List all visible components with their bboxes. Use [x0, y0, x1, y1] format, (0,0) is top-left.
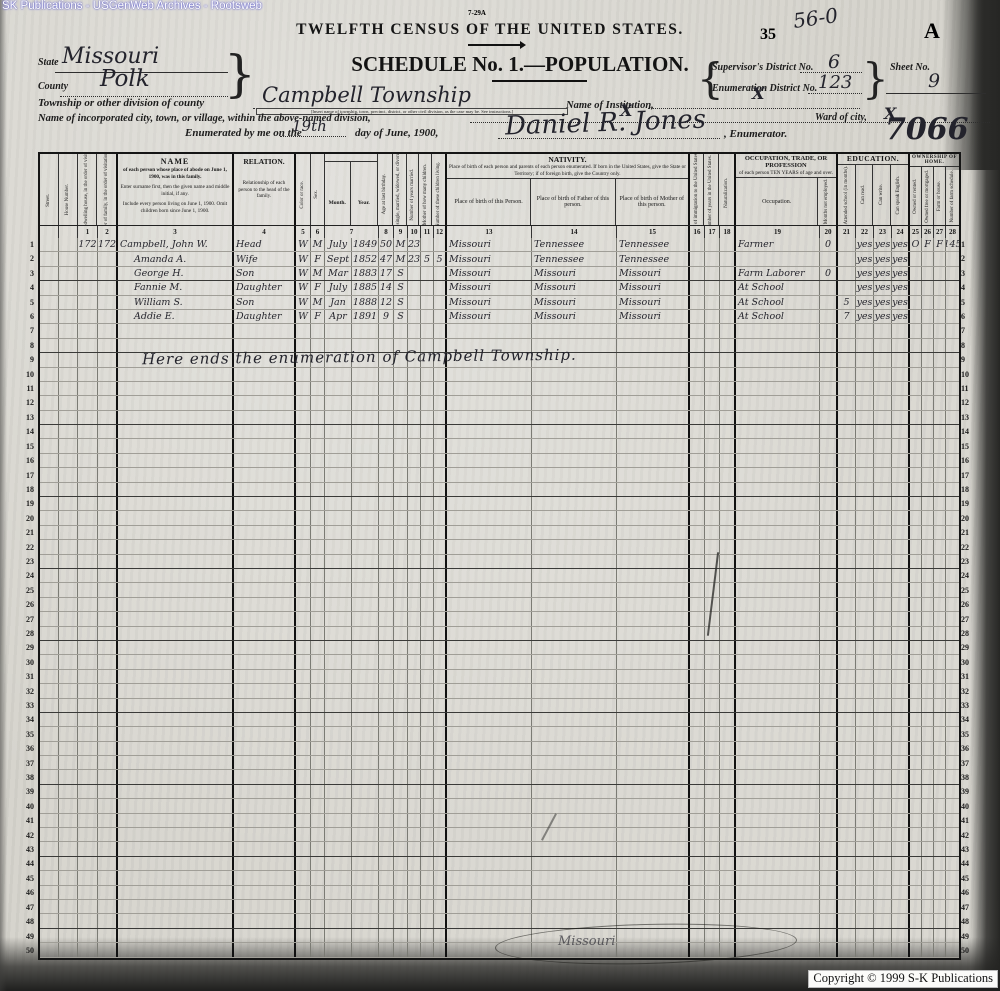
cell-marital — [394, 727, 408, 740]
cell-mother — [421, 799, 434, 812]
cell-family — [98, 699, 118, 712]
cell-write — [874, 425, 892, 438]
cell-read — [856, 929, 874, 942]
cell-name — [118, 799, 234, 812]
cell-owned — [910, 742, 922, 755]
cell-years_us — [705, 828, 720, 841]
cell-birth_father — [532, 497, 617, 510]
cell-birth_mother: Missouri — [617, 310, 690, 323]
cell-marital — [394, 828, 408, 841]
cell-birth_person: Missouri — [447, 296, 532, 309]
cell-mother — [421, 641, 434, 654]
cell-free — [922, 814, 934, 827]
row-number: 37 — [16, 757, 34, 771]
cell-occupation — [736, 785, 820, 798]
cell-age — [379, 756, 394, 769]
cell-mother — [421, 396, 434, 409]
cell-free — [922, 281, 934, 294]
cell-sex — [311, 857, 325, 870]
cell-birth_person — [447, 627, 532, 640]
row-number: 30 — [16, 656, 34, 670]
cell-house — [59, 842, 78, 855]
cell-yrs_married — [408, 814, 421, 827]
cell-year — [352, 511, 379, 524]
page-title: TWELFTH CENSUS OF THE UNITED STATES. — [210, 21, 770, 39]
cell-write: yes — [874, 310, 892, 323]
cell-mother — [421, 267, 434, 280]
cell-write: yes — [874, 267, 892, 280]
cell-relation — [234, 598, 296, 611]
table-row — [40, 612, 959, 626]
cell-relation — [234, 785, 296, 798]
cell-read — [856, 785, 874, 798]
cell-marital — [394, 842, 408, 855]
cell-mother — [421, 900, 434, 913]
cell-years_us — [705, 267, 720, 280]
cell-living — [434, 943, 447, 956]
cell-free — [922, 324, 934, 337]
cell-birth_person — [447, 569, 532, 582]
cell-immigration — [690, 598, 705, 611]
cell-owned — [910, 914, 922, 927]
cell-occupation — [736, 828, 820, 841]
table-row — [40, 396, 959, 410]
cell-farm — [934, 483, 946, 496]
cell-sched — [946, 670, 959, 683]
cell-english — [892, 699, 910, 712]
cell-yrs_married — [408, 583, 421, 596]
cell-attended — [838, 439, 856, 452]
row-number: 27 — [16, 613, 34, 627]
cell-street — [40, 756, 59, 769]
cell-years_us — [705, 655, 720, 668]
cell-sex — [311, 943, 325, 956]
cell-free — [922, 439, 934, 452]
row-number: 48 — [16, 915, 34, 929]
cell-write — [874, 900, 892, 913]
cell-living — [434, 929, 447, 942]
cell-year — [352, 583, 379, 596]
bottom-faint-note: Missouri — [558, 934, 615, 949]
schedule-underline — [492, 80, 587, 82]
cell-read — [856, 526, 874, 539]
cell-attended — [838, 368, 856, 381]
township-label: Township or other division of county — [38, 97, 204, 109]
cell-living — [434, 382, 447, 395]
cell-relation: Daughter — [234, 310, 296, 323]
cell-yrs_married — [408, 425, 421, 438]
cell-year — [352, 886, 379, 899]
cell-yrs_married — [408, 454, 421, 467]
cell-street — [40, 684, 59, 697]
cell-street — [40, 252, 59, 265]
cell-relation — [234, 641, 296, 654]
cell-name — [118, 396, 234, 409]
cell-birth_mother — [617, 396, 690, 409]
cell-occupation — [736, 368, 820, 381]
cell-year — [352, 828, 379, 841]
cell-month — [325, 483, 352, 496]
cell-attended — [838, 670, 856, 683]
cell-years_us — [705, 310, 720, 323]
cell-family — [98, 368, 118, 381]
cell-marital: M — [394, 252, 408, 265]
cell-owned — [910, 540, 922, 553]
cell-year: 1891 — [352, 310, 379, 323]
cell-english — [892, 914, 910, 927]
cell-occupation: At School — [736, 310, 820, 323]
cell-sched — [946, 252, 959, 265]
enumerator-signature: Daniel R. Jones — [505, 105, 707, 142]
cell-free — [922, 842, 934, 855]
cell-age — [379, 929, 394, 942]
cell-owned — [910, 799, 922, 812]
cell-marital — [394, 396, 408, 409]
township-value: Campbell Township — [262, 83, 471, 107]
county-label: County — [38, 81, 68, 92]
cell-free — [922, 454, 934, 467]
cell-farm — [934, 641, 946, 654]
cell-age — [379, 411, 394, 424]
cell-house — [59, 468, 78, 481]
cell-free — [922, 900, 934, 913]
cell-english — [892, 871, 910, 884]
cell-color — [296, 425, 311, 438]
cell-marital — [394, 929, 408, 942]
cell-birth_mother — [617, 368, 690, 381]
cell-english — [892, 555, 910, 568]
cell-read — [856, 943, 874, 956]
cell-house — [59, 454, 78, 467]
cell-year — [352, 382, 379, 395]
cell-birth_father — [532, 871, 617, 884]
cell-naturalization — [720, 339, 736, 352]
cell-free — [922, 296, 934, 309]
enumerator-line — [498, 137, 720, 139]
cell-dwelling — [78, 929, 98, 942]
cell-sched — [946, 555, 959, 568]
cell-immigration — [690, 353, 705, 366]
enumerated-date-label: day of June, 1900, — [355, 127, 438, 139]
cell-living — [434, 828, 447, 841]
cell-living — [434, 684, 447, 697]
cell-english — [892, 583, 910, 596]
cell-english — [892, 368, 910, 381]
cell-immigration — [690, 483, 705, 496]
cell-yrs_married — [408, 828, 421, 841]
cell-birth_person — [447, 368, 532, 381]
cell-house — [59, 511, 78, 524]
cell-birth_person — [447, 655, 532, 668]
cell-year — [352, 497, 379, 510]
cell-color — [296, 497, 311, 510]
cell-birth_mother — [617, 353, 690, 366]
cell-attended — [838, 540, 856, 553]
row-number: 17 — [16, 469, 34, 483]
cell-sched — [946, 324, 959, 337]
cell-yrs_married — [408, 799, 421, 812]
cell-birth_father — [532, 454, 617, 467]
cell-year — [352, 612, 379, 625]
cell-name: Fannie M. — [118, 281, 234, 294]
cell-sex — [311, 598, 325, 611]
cell-living — [434, 569, 447, 582]
cell-mother — [421, 526, 434, 539]
cell-yrs_married — [408, 526, 421, 539]
cell-occupation: At School — [736, 296, 820, 309]
cell-sex — [311, 540, 325, 553]
cell-immigration — [690, 324, 705, 337]
table-row — [40, 555, 959, 569]
cell-color — [296, 727, 311, 740]
cell-read — [856, 396, 874, 409]
cell-relation — [234, 425, 296, 438]
row-number: 2 — [16, 252, 34, 266]
cell-birth_father — [532, 483, 617, 496]
cell-naturalization — [720, 382, 736, 395]
cell-age — [379, 799, 394, 812]
cell-sched — [946, 454, 959, 467]
cell-house — [59, 569, 78, 582]
cell-family — [98, 454, 118, 467]
cell-birth_father — [532, 555, 617, 568]
cell-age — [379, 454, 394, 467]
years-married-col-header: Number of years married. — [407, 154, 420, 225]
cell-living — [434, 742, 447, 755]
cell-read — [856, 324, 874, 337]
cell-yrs_married: 23 — [408, 252, 421, 265]
cell-relation — [234, 900, 296, 913]
cell-house — [59, 368, 78, 381]
row-number: 25 — [961, 584, 979, 598]
cell-street — [40, 742, 59, 755]
cell-year — [352, 555, 379, 568]
cell-naturalization — [720, 900, 736, 913]
cell-age — [379, 439, 394, 452]
cell-relation — [234, 511, 296, 524]
cell-year: 1849 — [352, 238, 379, 251]
cell-free — [922, 497, 934, 510]
cell-marital — [394, 900, 408, 913]
cell-birth_father — [532, 583, 617, 596]
cell-years_us — [705, 814, 720, 827]
cell-relation — [234, 871, 296, 884]
cell-sex — [311, 555, 325, 568]
cell-immigration — [690, 699, 705, 712]
cell-month — [325, 886, 352, 899]
cell-month — [325, 468, 352, 481]
cell-farm — [934, 368, 946, 381]
cell-english: yes — [892, 238, 910, 251]
cell-street — [40, 339, 59, 352]
cell-write — [874, 814, 892, 827]
cell-birth_father — [532, 842, 617, 855]
cell-farm — [934, 267, 946, 280]
cell-birth_father — [532, 411, 617, 424]
cell-owned — [910, 699, 922, 712]
cell-year — [352, 943, 379, 956]
cell-naturalization — [720, 368, 736, 381]
cell-owned — [910, 555, 922, 568]
cell-naturalization — [720, 598, 736, 611]
cell-occupation — [736, 770, 820, 783]
cell-english — [892, 468, 910, 481]
cell-month — [325, 497, 352, 510]
cell-occupation — [736, 468, 820, 481]
cell-immigration — [690, 684, 705, 697]
cell-dwelling — [78, 612, 98, 625]
cell-color — [296, 785, 311, 798]
row-number: 40 — [961, 800, 979, 814]
cell-write: yes — [874, 281, 892, 294]
cell-color — [296, 483, 311, 496]
row-number: 8 — [16, 339, 34, 353]
cell-marital — [394, 439, 408, 452]
cell-street — [40, 468, 59, 481]
cell-farm — [934, 627, 946, 640]
cell-attended — [838, 699, 856, 712]
cell-color: W — [296, 252, 311, 265]
cell-naturalization — [720, 252, 736, 265]
cell-birth_mother — [617, 382, 690, 395]
cell-street — [40, 699, 59, 712]
right-row-numbers: 1234567891011121314151617181920212223242… — [961, 238, 979, 958]
cell-house — [59, 641, 78, 654]
name-col-header: NAME of each person whose place of abode… — [118, 154, 234, 225]
cell-immigration — [690, 526, 705, 539]
cell-years_us — [705, 368, 720, 381]
cell-write — [874, 555, 892, 568]
years-us-col-header: Number of years in the United States. — [704, 154, 718, 225]
cell-name — [118, 655, 234, 668]
cell-birth_mother — [617, 483, 690, 496]
cell-dwelling — [78, 814, 98, 827]
cell-color — [296, 886, 311, 899]
cell-birth_person: Missouri — [447, 281, 532, 294]
cell-naturalization — [720, 583, 736, 596]
name-note2: Include every person living on June 1, 1… — [120, 201, 230, 214]
cell-english — [892, 425, 910, 438]
cell-name — [118, 871, 234, 884]
cell-attended — [838, 425, 856, 438]
cell-owned — [910, 468, 922, 481]
cell-farm — [934, 497, 946, 510]
cell-free — [922, 353, 934, 366]
cell-sex — [311, 871, 325, 884]
cell-house — [59, 281, 78, 294]
cell-free — [922, 411, 934, 424]
cell-attended — [838, 339, 856, 352]
cell-birth_father — [532, 569, 617, 582]
row-number: 43 — [961, 843, 979, 857]
cell-month — [325, 857, 352, 870]
cell-house — [59, 526, 78, 539]
cell-age — [379, 396, 394, 409]
cell-relation — [234, 411, 296, 424]
cell-color — [296, 598, 311, 611]
cell-name — [118, 583, 234, 596]
cell-living — [434, 468, 447, 481]
cell-months_not — [820, 914, 838, 927]
cell-owned — [910, 483, 922, 496]
cell-street — [40, 411, 59, 424]
cell-naturalization — [720, 655, 736, 668]
cell-read: yes — [856, 296, 874, 309]
cell-mother — [421, 310, 434, 323]
cell-age — [379, 814, 394, 827]
cell-mother — [421, 842, 434, 855]
row-number: 29 — [16, 641, 34, 655]
cell-english — [892, 742, 910, 755]
cell-sched — [946, 900, 959, 913]
cell-english — [892, 641, 910, 654]
cell-mother — [421, 468, 434, 481]
cell-street — [40, 886, 59, 899]
cell-dwelling — [78, 699, 98, 712]
supervisor-district-value: 6 — [828, 51, 840, 73]
cell-mother — [421, 411, 434, 424]
table-row — [40, 641, 959, 655]
farm-schedule-col-header: Number of farm schedule. — [946, 167, 959, 225]
cell-street — [40, 943, 59, 956]
cell-year — [352, 641, 379, 654]
cell-marital — [394, 914, 408, 927]
cell-name: Addie E. — [118, 310, 234, 323]
cell-marital — [394, 641, 408, 654]
cell-farm — [934, 842, 946, 855]
cell-mother — [421, 655, 434, 668]
cell-read: yes — [856, 310, 874, 323]
row-number: 16 — [16, 454, 34, 468]
table-row — [40, 770, 959, 784]
cell-immigration — [690, 583, 705, 596]
cell-years_us — [705, 842, 720, 855]
cell-birth_father — [532, 439, 617, 452]
cell-mother — [421, 555, 434, 568]
cell-occupation — [736, 655, 820, 668]
cell-birth_father: Tennessee — [532, 238, 617, 251]
cell-write — [874, 540, 892, 553]
cell-birth_person — [447, 583, 532, 596]
cell-farm — [934, 252, 946, 265]
cell-relation — [234, 742, 296, 755]
cell-years_us — [705, 425, 720, 438]
cell-free — [922, 368, 934, 381]
cell-free — [922, 871, 934, 884]
cell-year — [352, 900, 379, 913]
cell-read — [856, 468, 874, 481]
cell-dwelling — [78, 727, 98, 740]
cell-occupation: Farm Laborer — [736, 267, 820, 280]
cell-sched — [946, 310, 959, 323]
attended-school-col-header: Attended school (in months). — [838, 165, 856, 225]
row-number: 28 — [16, 627, 34, 641]
row-number: 50 — [961, 944, 979, 958]
cell-sched — [946, 914, 959, 927]
cell-naturalization — [720, 411, 736, 424]
cell-relation — [234, 929, 296, 942]
cell-marital: M — [394, 238, 408, 251]
cell-age — [379, 684, 394, 697]
cell-family — [98, 511, 118, 524]
street-col-header: Street. — [40, 154, 59, 225]
cell-street — [40, 439, 59, 452]
row-number: 43 — [16, 843, 34, 857]
cell-yrs_married — [408, 439, 421, 452]
table-row — [40, 655, 959, 669]
cell-farm — [934, 425, 946, 438]
cell-attended — [838, 929, 856, 942]
